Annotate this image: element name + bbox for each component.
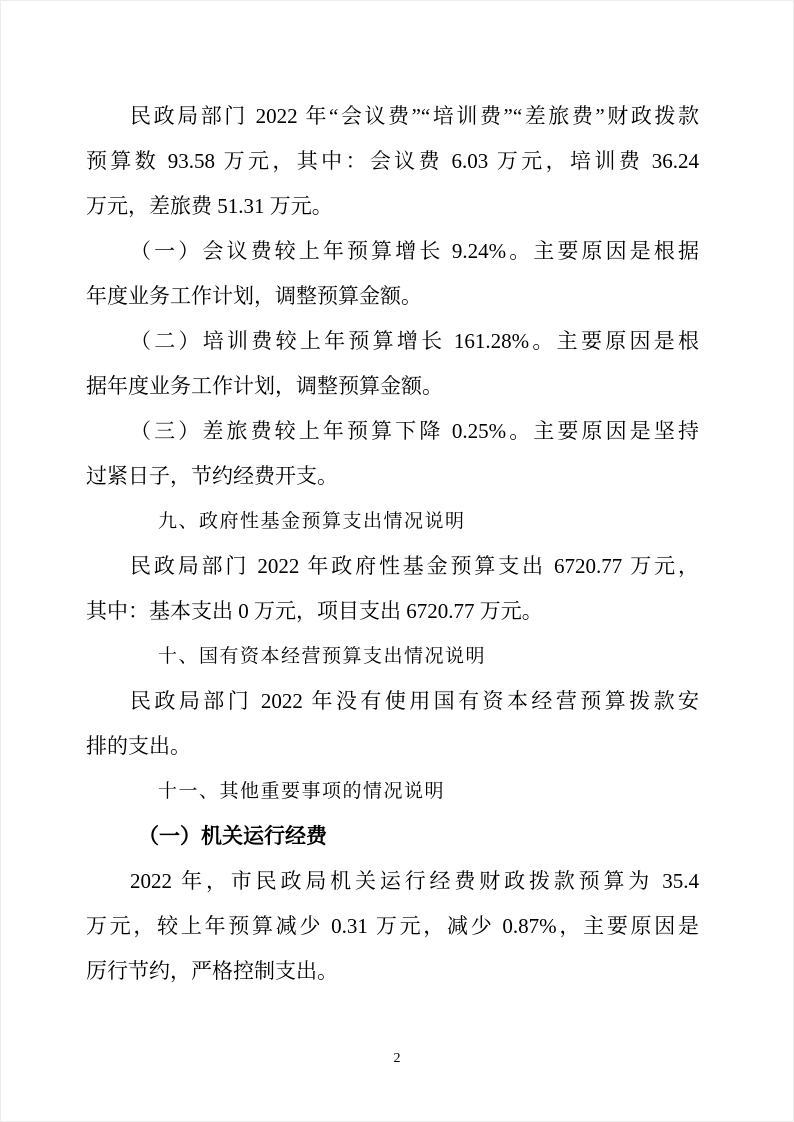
- text-line: 万元，较上年预算减少 0.31 万元，减少 0.87%，主要原因是: [86, 904, 699, 949]
- section-heading-text: 十、国有资本经营预算支出情况说明: [86, 634, 699, 679]
- text-line: （三）差旅费较上年预算下降 0.25%。主要原因是坚持: [86, 409, 699, 454]
- section-heading: 十、国有资本经营预算支出情况说明: [86, 634, 699, 679]
- document-page: 民政局部门 2022 年“会议费”“培训费”“差旅费”财政拨款预算数 93.58…: [0, 0, 794, 1122]
- sub-heading-text: （一）机关运行经费: [86, 814, 699, 859]
- section-heading-text: 十一、其他重要事项的情况说明: [86, 769, 699, 814]
- paragraph: （三）差旅费较上年预算下降 0.25%。主要原因是坚持过紧日子，节约经费开支。: [86, 409, 699, 499]
- paragraph: 民政局部门 2022 年没有使用国有资本经营预算拨款安排的支出。: [86, 679, 699, 769]
- text-line: 2022 年，市民政局机关运行经费财政拨款预算为 35.4: [86, 859, 699, 904]
- text-line: （一）会议费较上年预算增长 9.24%。主要原因是根据: [86, 229, 699, 274]
- paragraph: （一）会议费较上年预算增长 9.24%。主要原因是根据年度业务工作计划，调整预算…: [86, 229, 699, 319]
- document-body: 民政局部门 2022 年“会议费”“培训费”“差旅费”财政拨款预算数 93.58…: [86, 94, 699, 994]
- paragraph: 民政局部门 2022 年“会议费”“培训费”“差旅费”财政拨款预算数 93.58…: [86, 94, 699, 229]
- page-number: 2: [1, 1049, 793, 1069]
- text-line: 据年度业务工作计划，调整预算金额。: [86, 364, 699, 409]
- text-line: 排的支出。: [86, 724, 699, 769]
- paragraph: （二）培训费较上年预算增长 161.28%。主要原因是根据年度业务工作计划，调整…: [86, 319, 699, 409]
- text-line: 过紧日子，节约经费开支。: [86, 454, 699, 499]
- paragraph: 2022 年，市民政局机关运行经费财政拨款预算为 35.4万元，较上年预算减少 …: [86, 859, 699, 994]
- text-line: 万元，差旅费 51.31 万元。: [86, 184, 699, 229]
- text-line: 厉行节约，严格控制支出。: [86, 949, 699, 994]
- text-line: 民政局部门 2022 年没有使用国有资本经营预算拨款安: [86, 679, 699, 724]
- sub-heading: （一）机关运行经费: [86, 814, 699, 859]
- section-heading: 十一、其他重要事项的情况说明: [86, 769, 699, 814]
- section-heading-text: 九、政府性基金预算支出情况说明: [86, 499, 699, 544]
- text-line: 其中：基本支出 0 万元，项目支出 6720.77 万元。: [86, 589, 699, 634]
- section-heading: 九、政府性基金预算支出情况说明: [86, 499, 699, 544]
- text-line: 预算数 93.58 万元，其中：会议费 6.03 万元，培训费 36.24: [86, 139, 699, 184]
- text-line: 民政局部门 2022 年“会议费”“培训费”“差旅费”财政拨款: [86, 94, 699, 139]
- text-line: 年度业务工作计划，调整预算金额。: [86, 274, 699, 319]
- paragraph: 民政局部门 2022 年政府性基金预算支出 6720.77 万元，其中：基本支出…: [86, 544, 699, 634]
- text-line: 民政局部门 2022 年政府性基金预算支出 6720.77 万元，: [86, 544, 699, 589]
- text-line: （二）培训费较上年预算增长 161.28%。主要原因是根: [86, 319, 699, 364]
